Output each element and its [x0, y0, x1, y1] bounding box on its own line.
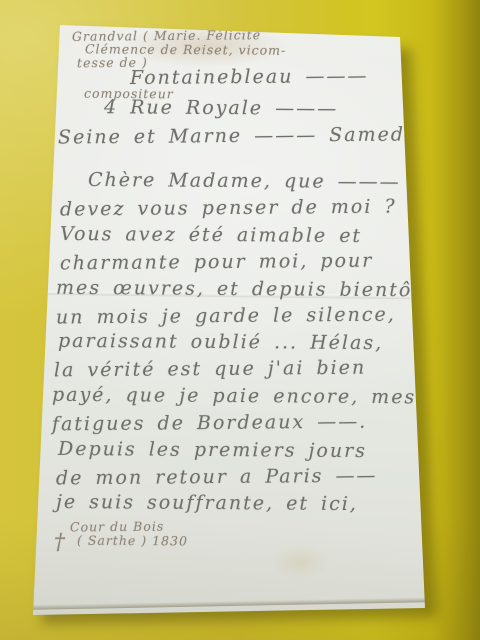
letter-body-line: Chère Madame, que ——— [88, 169, 401, 193]
paper-bottom-edge [30, 597, 430, 610]
letter-body-line: je suis souffrante, et ici, [56, 491, 358, 515]
letter-body-line: devez vous penser de moi ? [60, 196, 397, 221]
catalog-note-bottom-line2: ( Sarthe ) 1830 [77, 533, 188, 549]
letter-body-line: paraissant oublié ... Hélas, [58, 330, 383, 354]
letter-body-line: Vous avez été aimable et [60, 223, 362, 247]
dagger-icon: † [54, 530, 66, 555]
letter-body-line: de mon retour a Paris —— [56, 465, 378, 490]
photo-background: Grandval ( Marie. Félicité Clémence de R… [0, 0, 480, 640]
letter-body-line: la vérité est que j'ai bien [54, 357, 366, 382]
letterhead-address: 4 Rue Royale ——— [104, 96, 338, 120]
letter-body-line: fatigues de Bordeaux ——. [52, 411, 367, 436]
letterhead-place: Fontainebleau ——— [130, 65, 369, 89]
letter-body-line: charmante pour moi, pour [60, 250, 373, 275]
letter-body-line: payé, que je paie encore, mes [52, 384, 416, 409]
paper-stain-bottom [270, 545, 330, 579]
letter-body-line: mes œuvres, et depuis bientôt [56, 277, 422, 302]
letterhead-region-day: Seine et Marne ——— Samedi [58, 123, 413, 148]
letter-body-line: un mois je garde le silence, [56, 304, 396, 329]
letter-body-line: Depuis les premiers jours [58, 438, 367, 462]
